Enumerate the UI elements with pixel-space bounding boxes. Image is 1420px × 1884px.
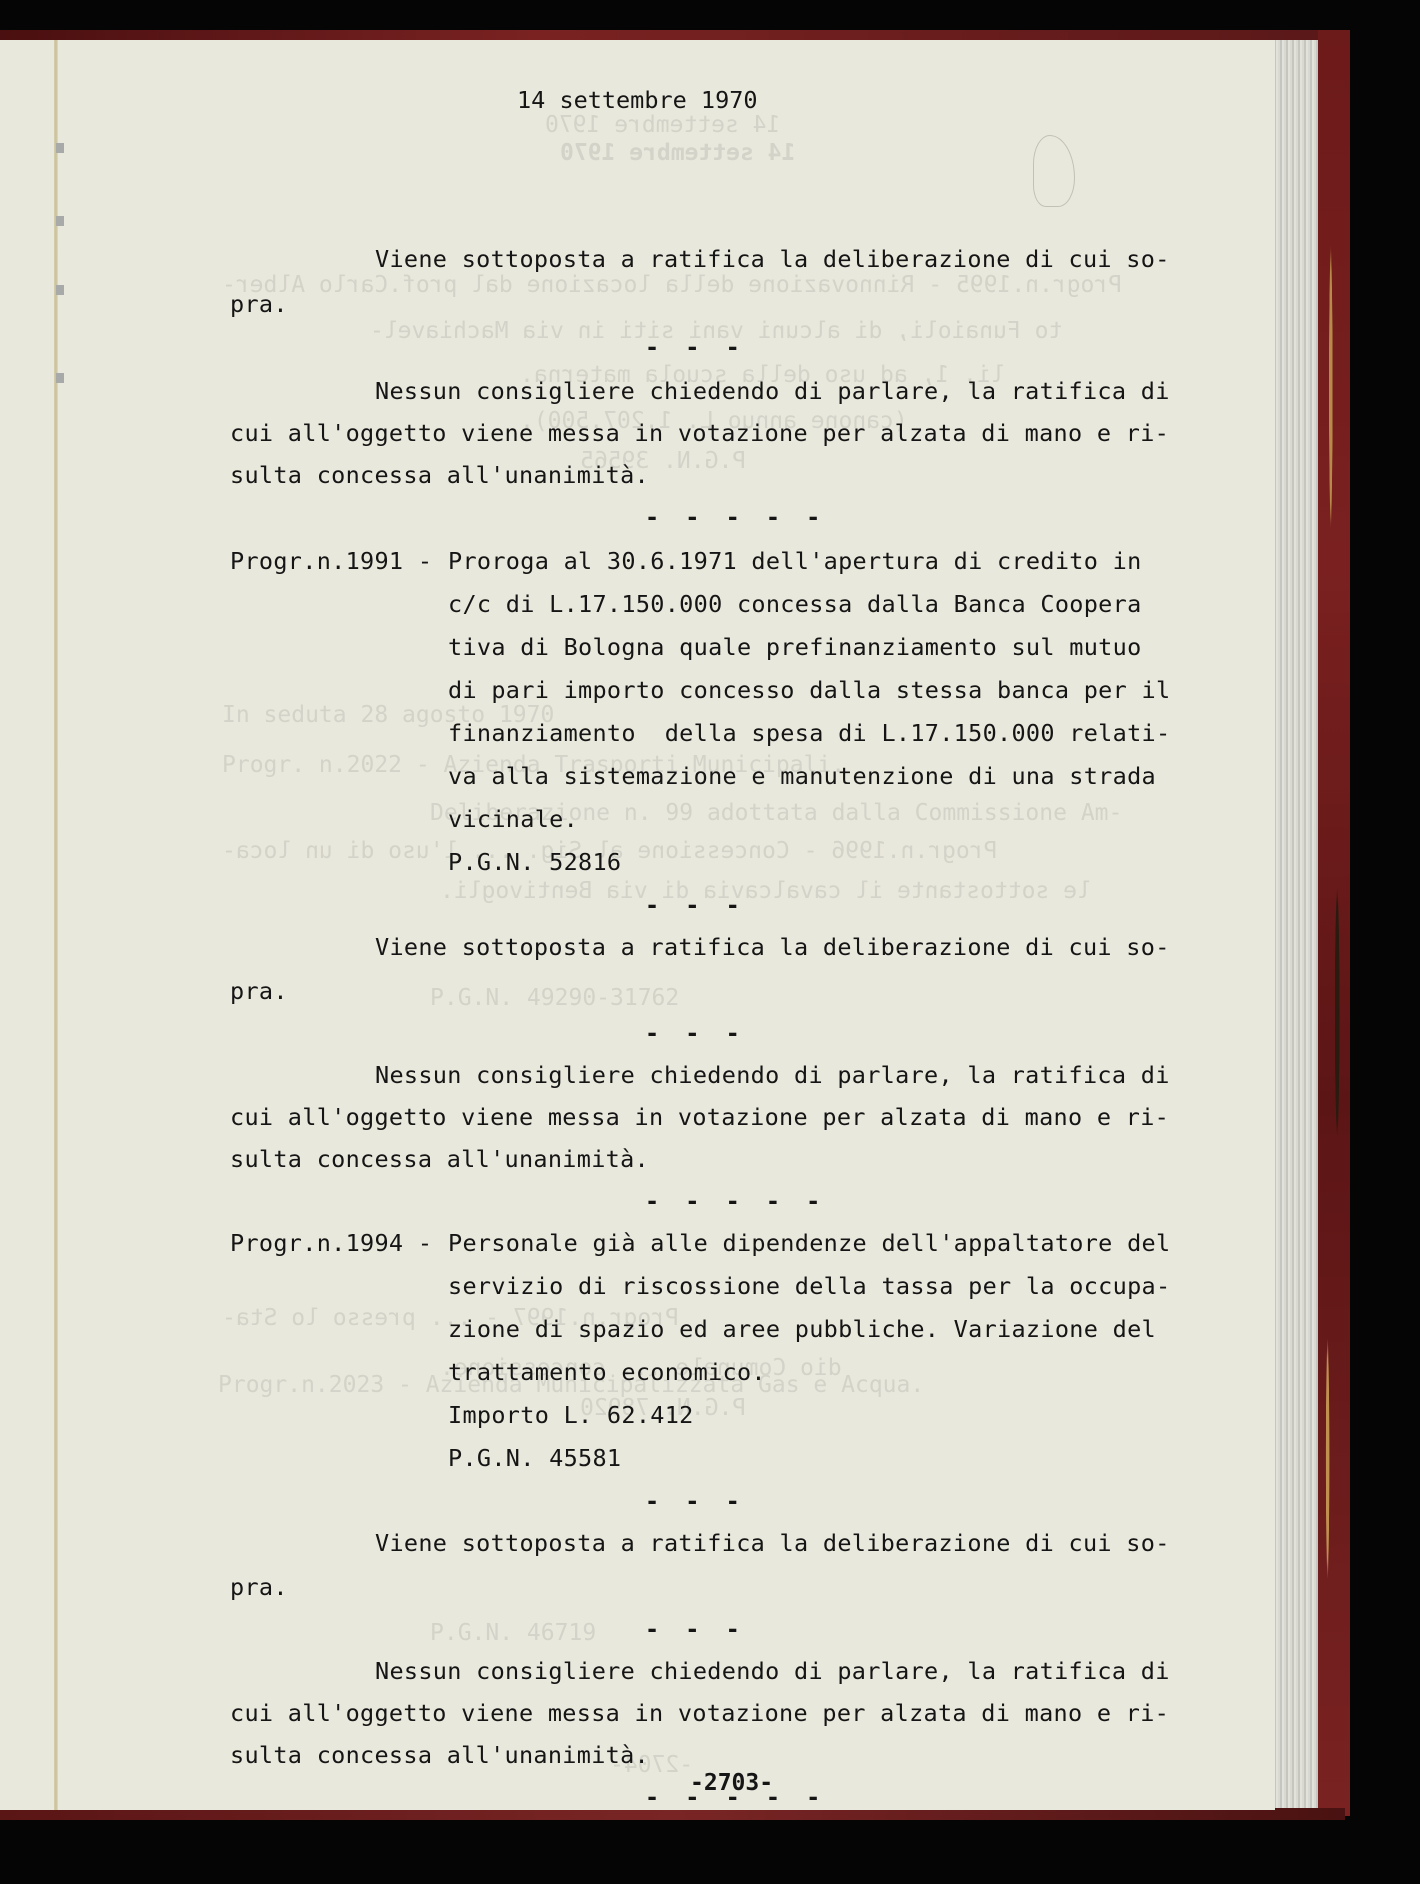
votazione-line-1: Nessun consigliere chiedendo di parlare,… bbox=[375, 1054, 1170, 1096]
votazione-line-3: sulta concessa all'unanimità. bbox=[230, 1138, 649, 1180]
binding-gutter bbox=[54, 40, 58, 1810]
progr-1991-text: c/c di L.17.150.000 concessa dalla Banca… bbox=[448, 583, 1142, 625]
progr-1991-text: finanziamento della spesa di L.17.150.00… bbox=[448, 712, 1170, 754]
separator: - - - - - bbox=[645, 1180, 826, 1222]
bleed-through-line: P.G.N. 49290-31762 bbox=[430, 985, 679, 1011]
staple-mark bbox=[56, 216, 64, 226]
ratifica-line-2: pra. bbox=[230, 283, 288, 325]
progr-1991-text: tiva di Bologna quale prefinanziamento s… bbox=[448, 626, 1142, 668]
progr-1994-label: Progr.n.1994 - bbox=[230, 1222, 432, 1264]
ratifica-line-1: Viene sottoposta a ratifica la deliberaz… bbox=[375, 926, 1170, 968]
progr-1991-text: Proroga al 30.6.1971 dell'apertura di cr… bbox=[448, 540, 1142, 582]
separator: - - - bbox=[645, 884, 746, 926]
votazione-line-2: cui all'oggetto viene messa in votazione… bbox=[230, 1096, 1169, 1138]
progr-1994-pgn: P.G.N. 45581 bbox=[448, 1437, 621, 1479]
separator: - - - bbox=[645, 326, 746, 368]
marbled-binding bbox=[1318, 30, 1350, 1816]
date-header: 14 settembre 1970 bbox=[517, 86, 758, 114]
separator: - - - bbox=[645, 1480, 746, 1522]
progr-1994-importo: Importo L. 62.412 bbox=[448, 1394, 694, 1436]
ratifica-line-2: pra. bbox=[230, 970, 288, 1012]
page-number: -2703- bbox=[690, 1770, 773, 1796]
separator: - - - bbox=[645, 1012, 746, 1054]
votazione-line-1: Nessun consigliere chiedendo di parlare,… bbox=[375, 370, 1170, 412]
votazione-line-3: sulta concessa all'unanimità. bbox=[230, 1734, 649, 1776]
staple-mark bbox=[56, 143, 64, 153]
separator: - - - - - bbox=[645, 496, 826, 538]
progr-1994-text: servizio di riscossione della tassa per … bbox=[448, 1265, 1170, 1307]
bleed-through-date-bold: 14 settembre 1970 bbox=[560, 140, 795, 166]
votazione-line-3: sulta concessa all'unanimità. bbox=[230, 454, 649, 496]
page-stack-edge bbox=[1272, 40, 1318, 1810]
progr-1991-text: va alla sistemazione e manutenzione di u… bbox=[448, 755, 1156, 797]
votazione-line-2: cui all'oggetto viene messa in votazione… bbox=[230, 1692, 1169, 1734]
progr-1994-text: zione di spazio ed aree pubbliche. Varia… bbox=[448, 1308, 1156, 1350]
bleed-through-date: 14 settembre 1970 bbox=[545, 112, 780, 138]
votazione-line-1: Nessun consigliere chiedendo di parlare,… bbox=[375, 1650, 1170, 1692]
progr-1994-text: trattamento economico. bbox=[448, 1351, 766, 1393]
staple-mark bbox=[56, 373, 64, 383]
progr-1991-pgn: P.G.N. 52816 bbox=[448, 841, 621, 883]
staple-mark bbox=[56, 285, 64, 295]
progr-1994-text: Personale già alle dipendenze dell'appal… bbox=[448, 1222, 1170, 1264]
progr-1991-text: di pari importo concesso dalla stessa ba… bbox=[448, 669, 1170, 711]
bleed-through-line: P.G.N. 46719 bbox=[430, 1620, 596, 1646]
progr-1991-text: vicinale. bbox=[448, 798, 578, 840]
ratifica-line-1: Viene sottoposta a ratifica la deliberaz… bbox=[375, 238, 1170, 280]
progr-1991-label: Progr.n.1991 - bbox=[230, 540, 432, 582]
votazione-line-2: cui all'oggetto viene messa in votazione… bbox=[230, 412, 1169, 454]
ratifica-line-2: pra. bbox=[230, 1566, 288, 1608]
separator: - - - bbox=[645, 1608, 746, 1650]
ratifica-line-1: Viene sottoposta a ratifica la deliberaz… bbox=[375, 1522, 1170, 1564]
